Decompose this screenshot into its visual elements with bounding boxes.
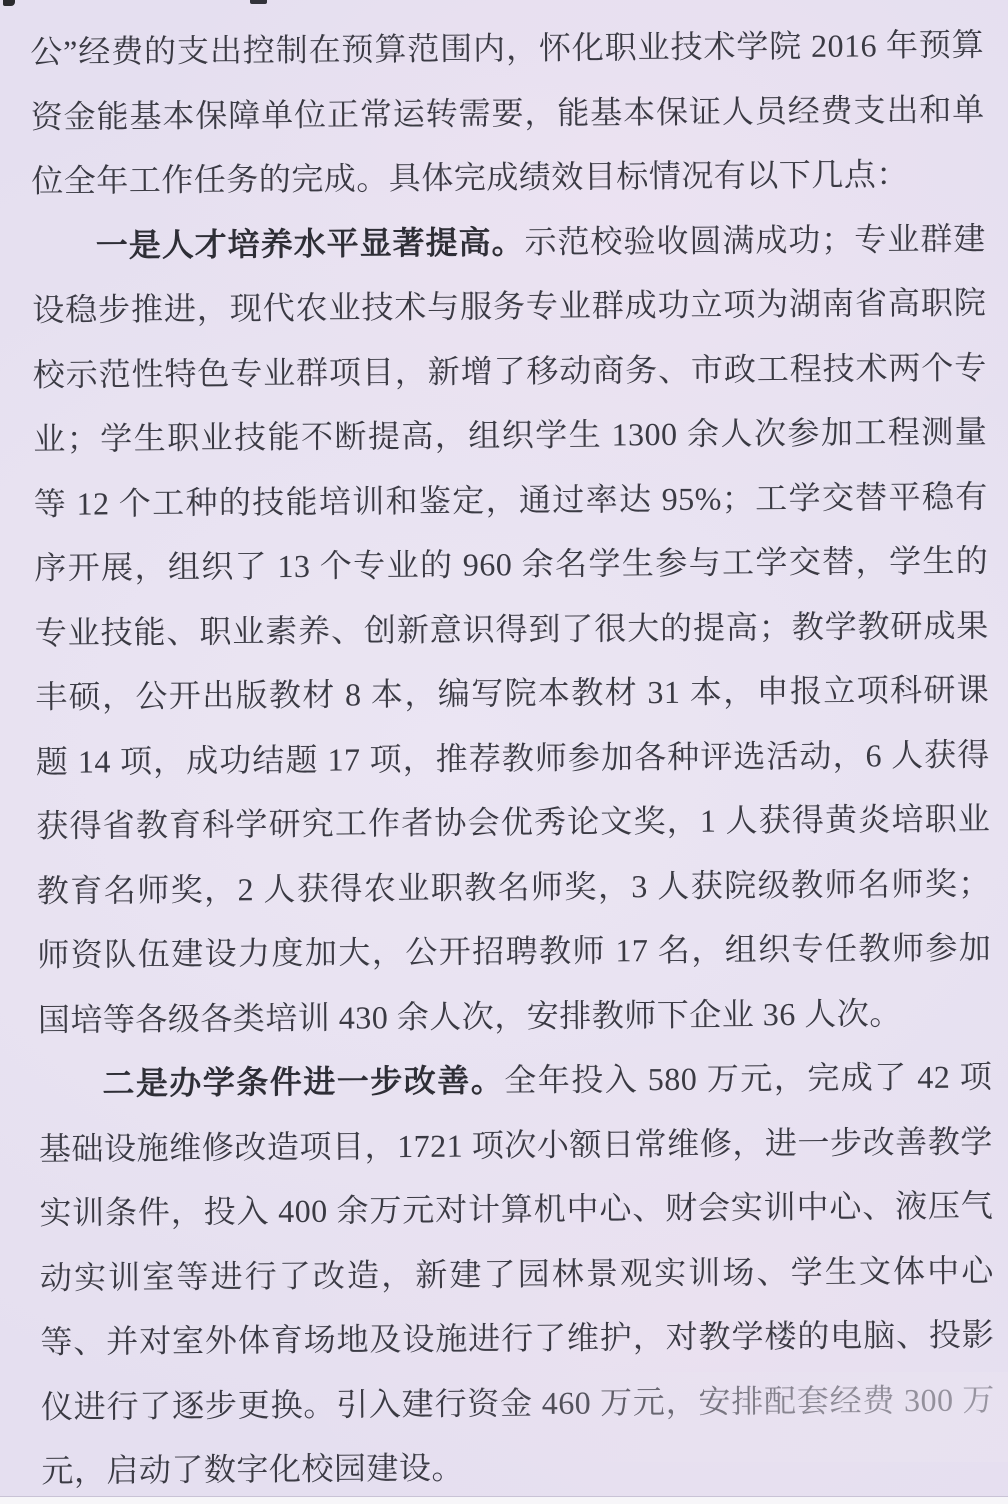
paragraph-text: 全年投入 580 万元，完成了 42 项基础设施维修改造项目，1721 项次小额…	[39, 1058, 995, 1488]
scan-edge-bottom	[0, 1496, 1008, 1504]
paragraph-point-one: 一是人才培养水平显著提高。示范校验收圆满成功；专业群建设稳步推进，现代农业技术与…	[32, 206, 993, 1052]
paragraph-lead-bold: 一是人才培养水平显著提高。	[96, 224, 525, 263]
paragraph-text: 公”经费的支出控制在预算范围内，怀化职业技术学院 2016 年预算资金能基本保障…	[30, 27, 985, 199]
paragraph-text: 示范校验收圆满成功；专业群建设稳步推进，现代农业技术与服务专业群成功立项为湖南省…	[32, 220, 991, 1037]
document-text-block: 公”经费的支出控制在预算范围内，怀化职业技术学院 2016 年预算资金能基本保障…	[30, 13, 996, 1504]
paragraph-continuation: 公”经费的支出控制在预算范围内，怀化职业技术学院 2016 年预算资金能基本保障…	[30, 13, 985, 214]
scan-artifact-top-edge	[250, 0, 267, 4]
scan-artifact-top-left	[3, 0, 15, 6]
scanned-document-page: 公”经费的支出控制在预算范围内，怀化职业技术学院 2016 年预算资金能基本保障…	[0, 0, 1008, 1504]
paragraph-lead-bold: 二是办学条件进一步改善。	[102, 1062, 504, 1101]
paragraph-point-two: 二是办学条件进一步改善。全年投入 580 万元，完成了 42 项基础设施维修改造…	[38, 1044, 996, 1503]
